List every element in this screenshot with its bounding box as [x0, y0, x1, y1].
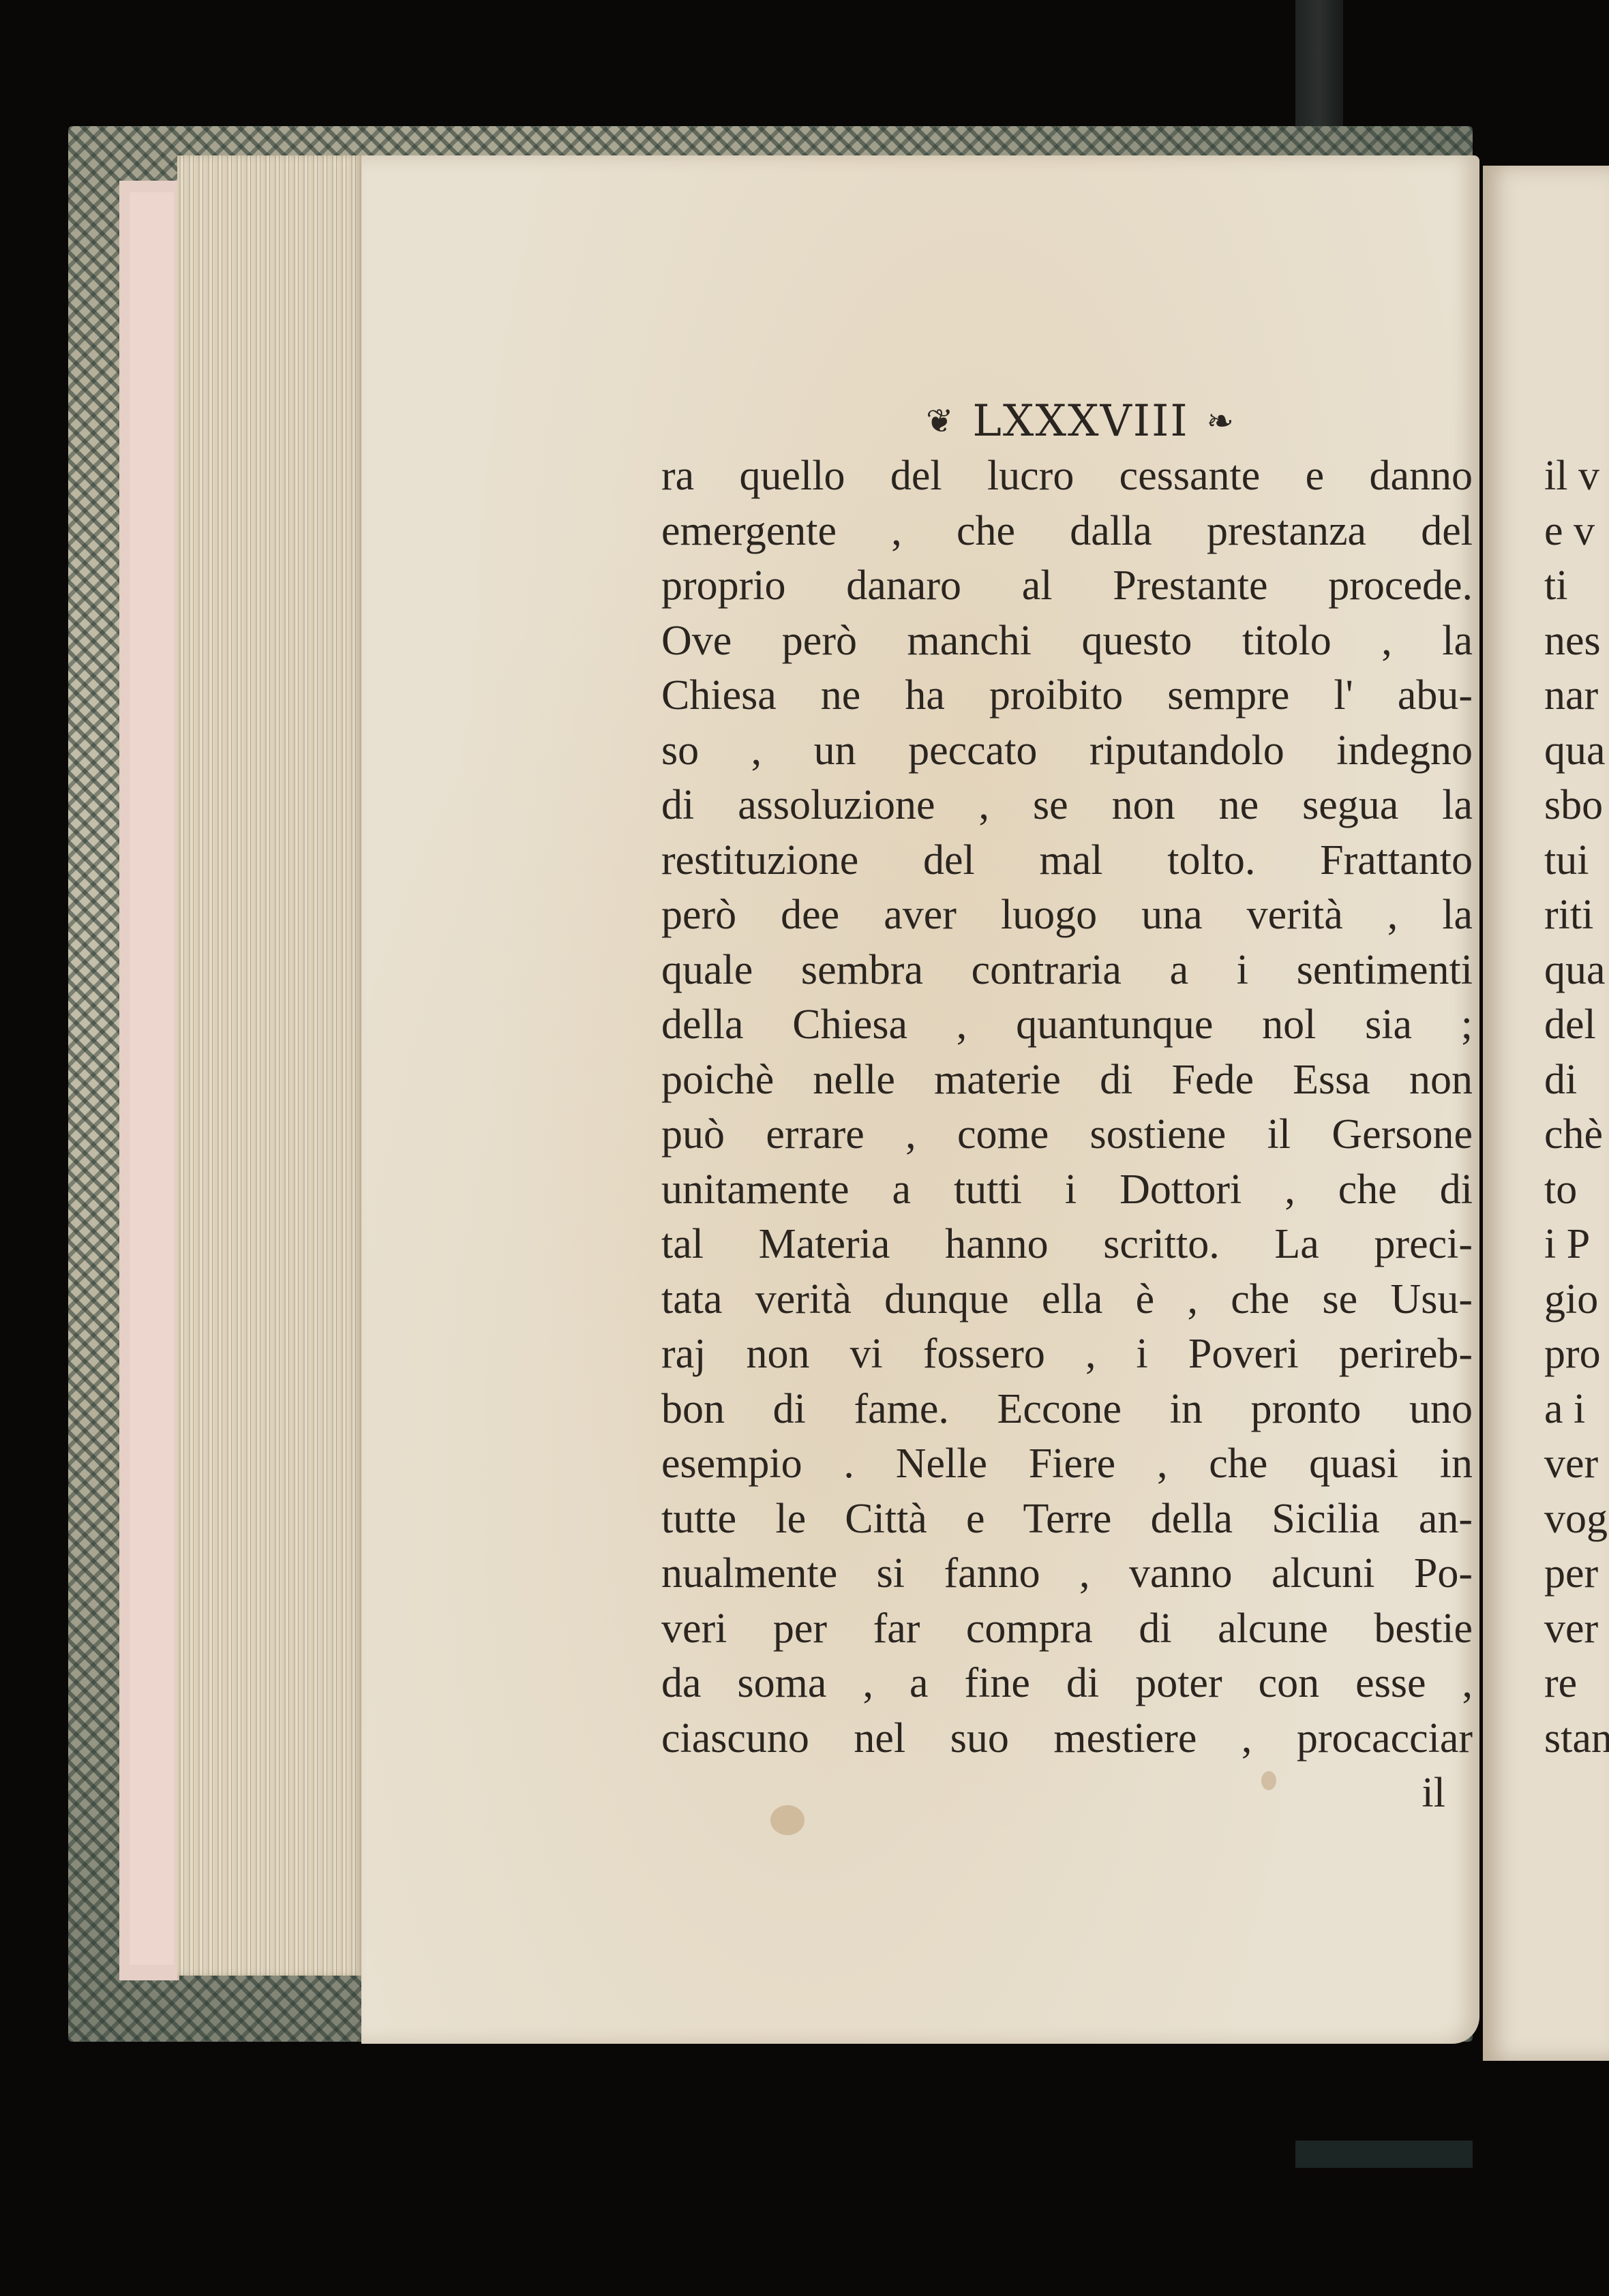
- text-line: però dee aver luogo una verità , la: [661, 888, 1473, 943]
- text-line: quale sembra contraria a i sentimenti: [661, 943, 1473, 998]
- fragment-line: qua: [1544, 943, 1609, 998]
- text-line: proprio danaro al Prestante procede.: [661, 558, 1473, 614]
- fragment-line: ti: [1544, 558, 1609, 614]
- fleuron-left-icon: ❦: [926, 402, 954, 440]
- text-line: tutte le Città e Terre della Sicilia an-: [661, 1492, 1473, 1547]
- fragment-line: il v: [1544, 449, 1609, 504]
- fragment-line: chè: [1544, 1107, 1609, 1162]
- fragment-line: re: [1544, 1656, 1609, 1711]
- fragment-line: gio: [1544, 1272, 1609, 1327]
- text-line: di assoluzione , se non ne segua la: [661, 778, 1473, 833]
- fleuron-right-icon: ❧: [1207, 402, 1235, 440]
- text-line: può errare , come sostiene il Gersone: [661, 1107, 1473, 1162]
- fragment-line: nes: [1544, 614, 1609, 669]
- fragment-line: to: [1544, 1162, 1609, 1218]
- text-line: Chiesa ne ha proibito sempre l' abu-: [661, 668, 1473, 723]
- facing-page-text: il v e v ti nes nar qua sbo tui riti qua…: [1544, 449, 1609, 1766]
- text-line: restituzione del mal tolto. Frattanto: [661, 833, 1473, 888]
- text-line: bon di fame. Eccone in pronto uno: [661, 1382, 1473, 1437]
- text-line: veri per far compra di alcune bestie: [661, 1601, 1473, 1657]
- text-line: ciascuno nel suo mestiere , procacciar: [661, 1711, 1473, 1766]
- fragment-line: tui: [1544, 833, 1609, 888]
- text-line: Ove però manchi questo titolo , la: [661, 614, 1473, 669]
- text-line: nualmente si fanno , vanno alcuni Po-: [661, 1546, 1473, 1601]
- page-number: LXXXVIII: [972, 396, 1188, 447]
- fragment-line: stan: [1544, 1711, 1609, 1766]
- fragment-line: i P: [1544, 1217, 1609, 1272]
- text-line: emergente , che dalla prestanza del: [661, 504, 1473, 559]
- body-text: ra quello del lucro cessante e danno eme…: [661, 449, 1473, 1821]
- text-line: so , un peccato riputandolo indegno: [661, 723, 1473, 779]
- running-head: ❦ LXXXVIII ❧: [862, 394, 1299, 449]
- text-line: da soma , a fine di poter con esse ,: [661, 1656, 1473, 1711]
- catchword: il: [661, 1766, 1473, 1821]
- text-line: della Chiesa , quantunque nol sia ;: [661, 997, 1473, 1053]
- text-line: poichè nelle materie di Fede Essa non: [661, 1053, 1473, 1108]
- fragment-line: vog: [1544, 1492, 1609, 1547]
- fragment-line: pro: [1544, 1327, 1609, 1382]
- fragment-line: qua: [1544, 723, 1609, 779]
- fragment-line: per: [1544, 1546, 1609, 1601]
- cover-edge-bottom: [1295, 2141, 1473, 2168]
- text-line: ra quello del lucro cessante e danno: [661, 449, 1473, 504]
- text-line: esempio . Nelle Fiere , che quasi in: [661, 1436, 1473, 1492]
- fragment-line: riti: [1544, 888, 1609, 943]
- page-fore-edge: [177, 155, 361, 1976]
- text-line: raj non vi fossero , i Poveri perireb-: [661, 1327, 1473, 1382]
- fragment-line: ver: [1544, 1436, 1609, 1492]
- text-line: unitamente a tutti i Dottori , che di: [661, 1162, 1473, 1218]
- fragment-line: sbo: [1544, 778, 1609, 833]
- pink-endpaper-inner: [130, 192, 174, 1965]
- text-line: tata verità dunque ella è , che se Usu-: [661, 1272, 1473, 1327]
- text-line: tal Materia hanno scritto. La preci-: [661, 1217, 1473, 1272]
- fragment-line: e v: [1544, 504, 1609, 559]
- fragment-line: di: [1544, 1053, 1609, 1108]
- fragment-line: del: [1544, 997, 1609, 1053]
- fragment-line: nar: [1544, 668, 1609, 723]
- fragment-line: ver: [1544, 1601, 1609, 1657]
- fragment-line: a i: [1544, 1382, 1609, 1437]
